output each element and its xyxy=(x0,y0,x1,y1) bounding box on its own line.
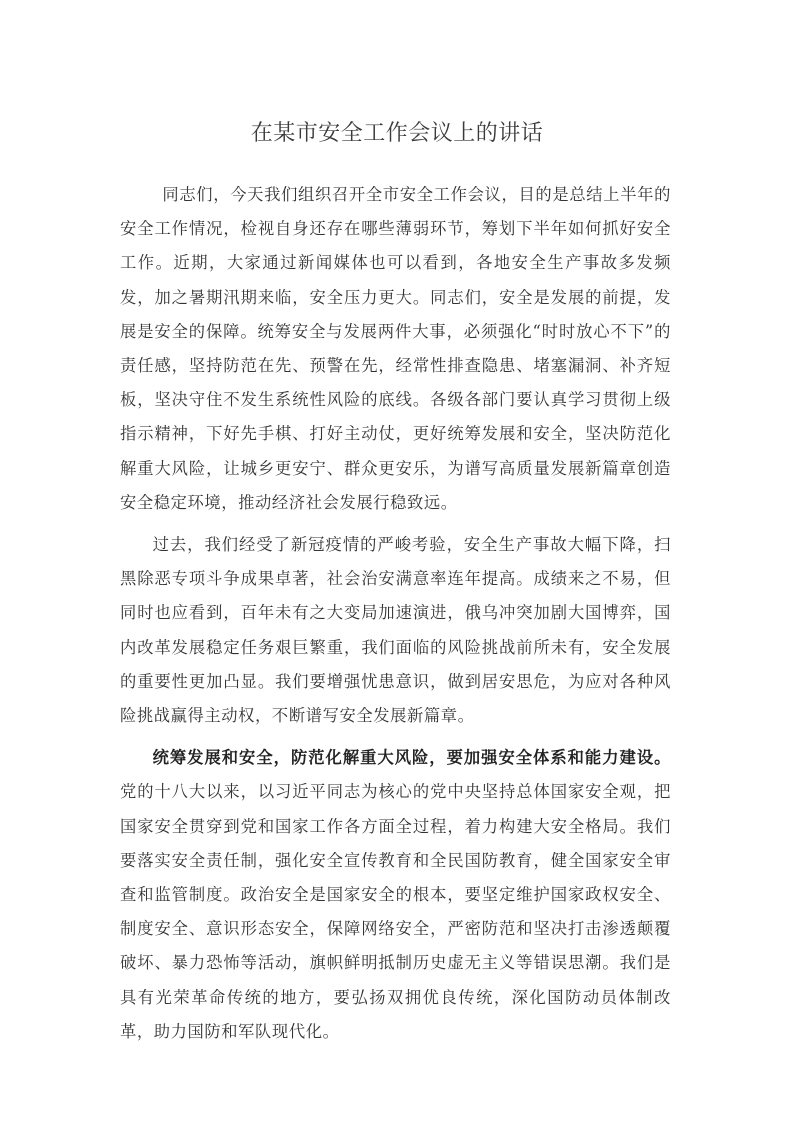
document-page: 在某市安全工作会议上的讲话 同志们，今天我们组织召开全市安全工作会议，目的是总结… xyxy=(0,0,794,1122)
document-body: 同志们，今天我们组织召开全市安全工作会议，目的是总结上半年的安全工作情况，检视自… xyxy=(120,178,671,1057)
paragraph-bold-lead: 统筹发展和安全，防范化解重大风险，要加强安全体系和能力建设。 xyxy=(153,748,671,767)
paragraph-text: 党的十八大以来，以习近平同志为核心的党中央坚持总体国家安全观，把国家安全贯穿到党… xyxy=(120,782,671,1040)
paragraph-opening: 同志们，今天我们组织召开全市安全工作会议，目的是总结上半年的安全工作情况，检视自… xyxy=(120,178,671,520)
paragraph-past-achievements: 过去，我们经受了新冠疫情的严峻考验，安全生产事故大幅下降，扫黑除恶专项斗争成果卓… xyxy=(120,528,671,733)
paragraph-security-system: 统筹发展和安全，防范化解重大风险，要加强安全体系和能力建设。党的十八大以来，以习… xyxy=(120,741,671,1049)
paragraph-text: 同志们，今天我们组织召开全市安全工作会议，目的是总结上半年的安全工作情况，检视自… xyxy=(120,185,671,512)
paragraph-text: 过去，我们经受了新冠疫情的严峻考验，安全生产事故大幅下降，扫黑除恶专项斗争成果卓… xyxy=(120,535,671,725)
document-title: 在某市安全工作会议上的讲话 xyxy=(0,118,794,150)
